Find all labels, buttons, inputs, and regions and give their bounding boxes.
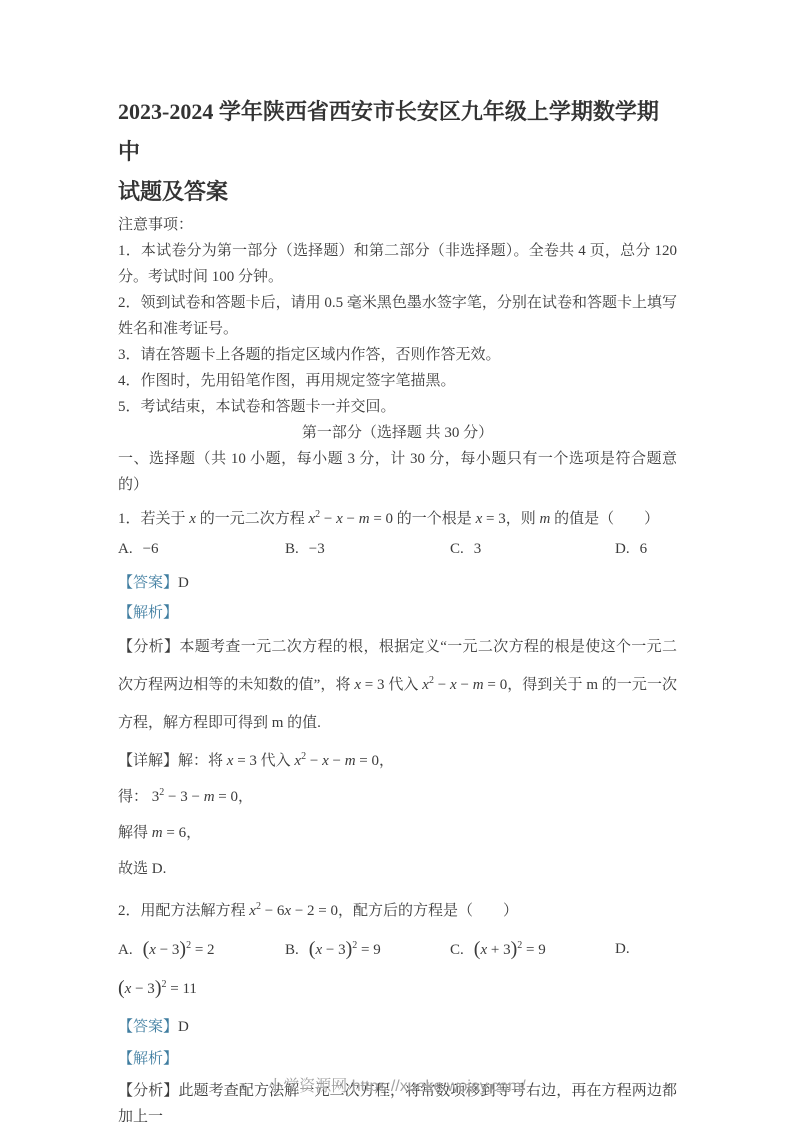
question-1-option-d: D.6 (615, 534, 677, 564)
text-segment: 解得 (118, 825, 152, 841)
option-b-label: B. (285, 942, 299, 958)
text-segment: = 6 (163, 825, 186, 841)
notice-item-5: 5．考试结束，本试卷和答题卡一并交回。 (118, 394, 677, 420)
option-c-value: 3 (474, 541, 482, 557)
text-segment: 3 (474, 541, 482, 557)
notice-item-3: 3．请在答题卡上各题的指定区域内作答，否则作答无效。 (118, 342, 677, 368)
page-title-line2: 试题及答案 (118, 179, 228, 204)
text-segment: x (450, 677, 457, 693)
question-1-jiexi-label: 【解析】 (118, 600, 677, 626)
option-a-label: A. (118, 942, 133, 958)
text-segment: 代入 (257, 753, 295, 769)
question-2-option-d-continuation: (x − 3)2 = 11 (118, 971, 677, 1006)
option-c-value: (x + 3)2 = 9 (474, 942, 546, 958)
text-segment: m (473, 677, 484, 693)
text-segment: = 9 (357, 942, 380, 958)
question-2-stem: 2．用配方法解方程 x2 − 6x − 2 = 0，配方后的方程是（ ） (118, 896, 677, 926)
text-segment: − 6 (261, 903, 284, 919)
text-segment: −6 (143, 541, 159, 557)
question-1-option-a: A.−6 (118, 534, 285, 564)
text-segment: ， (379, 753, 394, 769)
question-1-stem: 1．若关于 x 的一元二次方程 x2 − x − m = 0 的一个根是 x =… (118, 504, 677, 534)
option-b-label: B. (285, 541, 299, 557)
notice-heading: 注意事项： (118, 212, 677, 238)
text-segment: − 3 (131, 981, 154, 997)
text-segment: − 3 (322, 942, 345, 958)
text-segment: 得： (118, 789, 152, 805)
text-segment: m (539, 511, 550, 527)
question-1-detail-line-3: 解得 m = 6， (118, 817, 677, 850)
question-1-conclusion: 故选 D. (118, 853, 677, 886)
option-d-label: D. (615, 541, 630, 557)
text-segment: m (204, 789, 215, 805)
text-segment: 故选 D. (118, 861, 166, 877)
text-segment: 代入 (385, 677, 423, 693)
text-segment: = 3 (482, 511, 505, 527)
text-segment: = 2 (191, 942, 214, 958)
text-segment: ( (118, 977, 125, 999)
text-segment: m (152, 825, 163, 841)
text-segment: = 11 (166, 981, 196, 997)
question-2-jiexi-label: 【解析】 (118, 1046, 677, 1072)
text-segment: = 0 (215, 789, 238, 805)
text-segment: − (434, 677, 450, 693)
text-segment: ， (238, 789, 253, 805)
text-segment: − 3 − (164, 789, 203, 805)
question-2-option-a: A.(x − 3)2 = 2 (118, 932, 285, 967)
text-segment: ， (186, 825, 201, 841)
exam-document-page: 2023-2024 学年陕西省西安市长安区九年级上学期数学期中试题及答案 注意事… (0, 0, 793, 1122)
text-segment: x (249, 903, 256, 919)
question-1-answer-value: D (178, 575, 189, 591)
text-segment: 的一个根是 (393, 511, 476, 527)
answer-label: 【答案】 (118, 1019, 178, 1035)
text-segment: x (354, 677, 361, 693)
choice-section-heading: 一、选择题（共 10 小题，每小题 3 分，计 30 分，每小题只有一个选项是符… (118, 446, 677, 498)
question-1-detail-line-1: 【详解】解：将 x = 3 代入 x2 − x − m = 0， (118, 745, 677, 778)
text-segment: 2．用配方法解方程 (118, 903, 249, 919)
text-segment: − 2 = 0 (291, 903, 338, 919)
footer-watermark: 小学资源网 https://xueke.woiay.com/ (0, 1073, 793, 1096)
answer-label: 【答案】 (118, 575, 178, 591)
text-segment: 的值是（ ） (550, 511, 659, 527)
question-1-option-c: C.3 (450, 534, 615, 564)
notice-item-1: 1．本试卷分为第一部分（选择题）和第二部分（非选择题）。全卷共 4 页，总分 1… (118, 238, 677, 290)
notice-item-2: 2．领到试卷和答题卡后，请用 0.5 毫米黑色墨水签字笔，分别在试卷和答题卡上填… (118, 290, 677, 342)
option-b-value: (x − 3)2 = 9 (309, 942, 381, 958)
text-segment: 1．若关于 (118, 511, 189, 527)
text-segment: 6 (640, 541, 648, 557)
text-segment: = 3 (361, 677, 385, 693)
question-2-option-b: B.(x − 3)2 = 9 (285, 932, 450, 967)
text-segment: m (359, 511, 370, 527)
question-1-analysis: 【分析】本题考查一元二次方程的根，根据定义“一元二次方程的根是使这个一元二次方程… (118, 628, 677, 742)
question-1-answer-line: 【答案】D (118, 570, 677, 596)
text-segment: x (149, 942, 156, 958)
text-segment: 【详解】解：将 (118, 753, 227, 769)
text-segment: ，则 (506, 511, 540, 527)
option-a-value: (x − 3)2 = 2 (143, 942, 215, 958)
option-c-label: C. (450, 541, 464, 557)
option-a-value: −6 (143, 541, 159, 557)
text-segment: = 3 (233, 753, 256, 769)
option-a-label: A. (118, 541, 133, 557)
question-2-option-d: D. (615, 932, 677, 967)
option-d-label: D. (615, 941, 630, 957)
text-segment: − (343, 511, 359, 527)
question-1-detail-line-2: 得： 32 − 3 − m = 0， (118, 781, 677, 814)
text-segment: + 3 (487, 942, 510, 958)
option-b-value: −3 (309, 541, 325, 557)
text-segment: − (457, 677, 473, 693)
text-segment: = 0 (370, 511, 393, 527)
notice-item-4: 4．作图时，先用铅笔作图，再用规定签字笔描黑。 (118, 368, 677, 394)
text-segment: x (189, 511, 196, 527)
question-1-options: A.−6 B.−3 C.3 D.6 (118, 534, 677, 564)
question-1-option-b: B.−3 (285, 534, 450, 564)
text-segment: ，配方后的方程是（ ） (338, 903, 518, 919)
text-segment: = 0 (484, 677, 508, 693)
question-2-options: A.(x − 3)2 = 2 B.(x − 3)2 = 9 C.(x + 3)2… (118, 932, 677, 967)
text-segment: − (320, 511, 336, 527)
question-2-answer-value: D (178, 1019, 189, 1035)
text-segment: − 3 (156, 942, 179, 958)
text-segment: = 0 (356, 753, 379, 769)
option-d-value: 6 (640, 541, 648, 557)
text-segment: − (329, 753, 345, 769)
text-segment: x (422, 677, 429, 693)
text-segment: x (322, 753, 329, 769)
option-c-label: C. (450, 942, 464, 958)
page-title: 2023-2024 学年陕西省西安市长安区九年级上学期数学期中试题及答案 (118, 92, 677, 212)
page-title-line1: 2023-2024 学年陕西省西安市长安区九年级上学期数学期中 (118, 99, 659, 164)
text-segment: = 9 (522, 942, 545, 958)
text-segment: m (345, 753, 356, 769)
question-2-option-c: C.(x + 3)2 = 9 (450, 932, 615, 967)
text-segment: 的一元二次方程 (196, 511, 309, 527)
text-segment: − (306, 753, 322, 769)
question-2-answer-line: 【答案】D (118, 1014, 677, 1040)
text-segment: −3 (309, 541, 325, 557)
part-one-heading: 第一部分（选择题 共 30 分） (118, 420, 677, 446)
text-segment: x (336, 511, 343, 527)
